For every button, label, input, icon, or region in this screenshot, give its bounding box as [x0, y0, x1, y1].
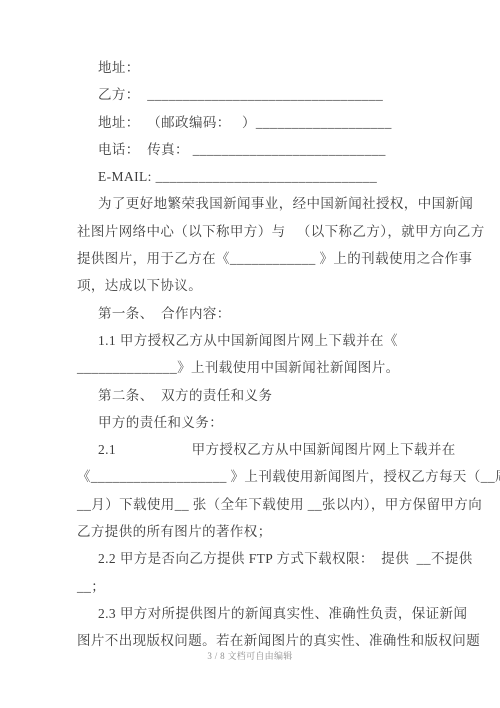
doc-line-article-1-heading: 第一条、 合作内容： — [77, 300, 500, 327]
doc-line-preamble-3: 提供图片，用于乙方在《____________ 》上的刊载使用之合作事 — [77, 245, 500, 272]
doc-line-clause-2-2-a: 2.2 甲方是否向乙方提供 FTP 方式下载权限： 提供 __不提供 — [77, 545, 500, 572]
doc-line-clause-1-1-a: 1.1 甲方授权乙方从中国新闻图片网上下载并在《 — [77, 327, 500, 354]
doc-line-preamble-2: 社图片网络中心（以下称甲方）与 （以下称乙方），就甲方向乙方 — [77, 218, 500, 245]
doc-line-clause-2-1-a: 2.1 甲方授权乙方从中国新闻图片网上下载并在 — [77, 436, 500, 463]
doc-line-article-2-heading: 第二条、 双方的责任和义务 — [77, 382, 500, 409]
doc-line-clause-2-1-b: 《___________________ 》上刊载使用新闻图片，授权乙方每天（_… — [77, 463, 500, 490]
doc-line-clause-2-3-a: 2.3 甲方对所提供图片的新闻真实性、准确性负责，保证新闻 — [77, 600, 500, 627]
doc-line-preamble-1: 为了更好地繁荣我国新闻事业，经中国新闻社授权，中国新闻 — [77, 190, 500, 217]
doc-line-email-blank: E-MAIL: _______________________________ — [77, 163, 500, 190]
doc-line-preamble-4: 项，达成以下协议。 — [77, 272, 500, 299]
doc-line-clause-2-1-d: 乙方提供的所有图片的著作权； — [77, 518, 500, 545]
doc-line-address-postcode-blank: 地址： （邮政编码： ）___________________ — [77, 109, 500, 136]
page-footer: 3 / 8 文档可自由编辑 — [0, 649, 500, 662]
document-body: 地址： 乙方： ________________________________… — [0, 0, 500, 655]
document-page: 地址： 乙方： ________________________________… — [0, 0, 500, 708]
doc-line-phone-fax-blank: 电话： 传真： ___________________________ — [77, 136, 500, 163]
doc-line-clause-2-2-b: __； — [77, 573, 500, 600]
doc-line-clause-2-1-c: __月）下载使用__ 张（全年下载使用 __张以内），甲方保留甲方向 — [77, 491, 500, 518]
doc-line-address-label: 地址： — [77, 54, 500, 81]
doc-line-clause-1-1-b: ______________》上刊载使用中国新闻社新闻图片。 — [77, 354, 500, 381]
doc-line-party-b-blank: 乙方： _________________________________ — [77, 81, 500, 108]
doc-line-party-a-duties-heading: 甲方的责任和义务： — [77, 409, 500, 436]
